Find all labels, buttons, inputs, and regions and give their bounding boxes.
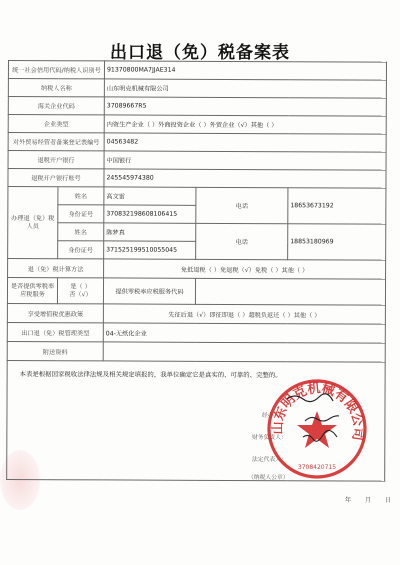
zero-rate-yes: 是（ ） <box>60 283 101 291</box>
row-attachments: 附送资料 <box>7 341 385 362</box>
row-bank-account: 退税开户银行账号 245545974380 <box>8 169 386 189</box>
attachments-label: 附送资料 <box>7 341 103 360</box>
mgmt-type-label: 出口退（免）税管理类型 <box>7 322 103 341</box>
attachments-value <box>103 342 385 362</box>
calc-method-value: 免抵退税（ ）免退税（√）免税（ ）其他（ ） <box>104 259 386 279</box>
account-value: 245545974380 <box>104 169 386 188</box>
person2-name-value: 陈梦真 <box>104 223 196 241</box>
svg-text:3708420715: 3708420715 <box>298 464 336 471</box>
person1-name-label: 姓名 <box>58 187 104 205</box>
company-seal-stamp: 山东明克机械有限公司 3708420715 <box>265 377 370 482</box>
credit-code-value: 91370800MA7JJAE314 <box>104 61 386 80</box>
trade-record-value: 04563482 <box>104 133 386 152</box>
zero-rate-code-label: 提供零税率应税服务代码 <box>103 278 195 304</box>
person1-id-label: 身份证号 <box>58 205 104 223</box>
date-day-label: 日 <box>385 495 391 504</box>
enterprise-type-value: 内资生产企业（ ）外商投资企业（ ）外贸企业（√）其他（ ） <box>104 115 386 134</box>
zero-rate-code-value <box>195 278 385 305</box>
person2-phone-label: 电话 <box>196 223 288 259</box>
zero-rate-label: 是否提供零税率应税服务 <box>7 278 57 304</box>
person2-phone-value: 18853180969 <box>288 224 386 260</box>
enterprise-type-label: 企业类型 <box>8 115 104 133</box>
person2-id-value: 371525199510055045 <box>104 241 196 259</box>
row-credit-code: 统一社会信用代码/纳税人识别号 91370800MA7JJAE314 <box>8 61 386 81</box>
date-year-label: 年 <box>345 495 351 504</box>
bank-label: 退税开户银行 <box>8 151 104 169</box>
vat-policy-label: 享受增值税优惠政策 <box>7 303 103 322</box>
row-bank: 退税开户银行 中国银行 <box>8 151 386 171</box>
row-customs-code: 海关企业代码 37089667R5 <box>8 97 386 117</box>
customs-code-value: 37089667R5 <box>104 97 386 116</box>
declaration-text: 本表是根据国家税收法律法规及相关规定填报的，我单位确定它是真实的、可靠的、完整的… <box>20 369 282 379</box>
customs-code-label: 海关企业代码 <box>8 97 104 115</box>
row-zero-rate: 是否提供零税率应税服务 是（ ） 否（√） 提供零税率应税服务代码 <box>7 278 385 306</box>
mgmt-type-value: 04-无纸化企业 <box>103 323 385 343</box>
trade-record-label: 对外贸易经营者备案登记表编号 <box>8 133 104 151</box>
row-taxpayer-name: 纳税人名称 山东明克机械有限公司 <box>8 79 386 99</box>
zero-rate-options: 是（ ） 否（√） <box>57 278 103 304</box>
personnel-group-label: 办理退（免）税人员 <box>8 187 58 259</box>
row-enterprise-type: 企业类型 内资生产企业（ ）外商投资企业（ ）外贸企业（√）其他（ ） <box>8 115 386 135</box>
taxpayer-name-label: 纳税人名称 <box>8 79 104 97</box>
person1-phone-label: 电话 <box>196 187 288 223</box>
row-person1-name: 办理退（免）税人员 姓名 高文雷 电话 18653673192 <box>8 187 386 207</box>
person1-name-value: 高文雷 <box>104 187 196 205</box>
zero-rate-no: 否（√） <box>60 291 101 299</box>
calc-method-label: 退（免）税计算方法 <box>8 259 104 278</box>
account-label: 退税开户银行账号 <box>8 169 104 187</box>
vat-policy-value: 先征后退（√）即征即退（ ）超税负返还（ ）其他（ ） <box>103 304 385 324</box>
date-month-label: 月 <box>365 495 371 504</box>
person1-phone-value: 18653673192 <box>288 188 386 224</box>
taxpayer-name-value: 山东明克机械有限公司 <box>104 79 386 98</box>
document-page: 出口退（免）税备案表 统一社会信用代码/纳税人识别号 91370800MA7JJ… <box>0 0 400 565</box>
person2-name-label: 姓名 <box>58 223 104 241</box>
row-calc-method: 退（免）税计算方法 免抵退税（ ）免退税（√）免税（ ）其他（ ） <box>8 259 386 280</box>
row-person2-name: 姓名 陈梦真 电话 18853180969 <box>8 223 386 243</box>
person2-id-label: 身份证号 <box>58 241 104 259</box>
person1-id-value: 370832198608106415 <box>104 205 196 223</box>
row-mgmt-type: 出口退（免）税管理类型 04-无纸化企业 <box>7 322 385 343</box>
row-trade-record: 对外贸易经营者备案登记表编号 04563482 <box>8 133 386 153</box>
row-vat-policy: 享受增值税优惠政策 先征后退（√）即征即退（ ）超税负返还（ ）其他（ ） <box>7 303 385 324</box>
credit-code-label: 统一社会信用代码/纳税人识别号 <box>8 61 104 79</box>
bank-value: 中国银行 <box>104 151 386 170</box>
